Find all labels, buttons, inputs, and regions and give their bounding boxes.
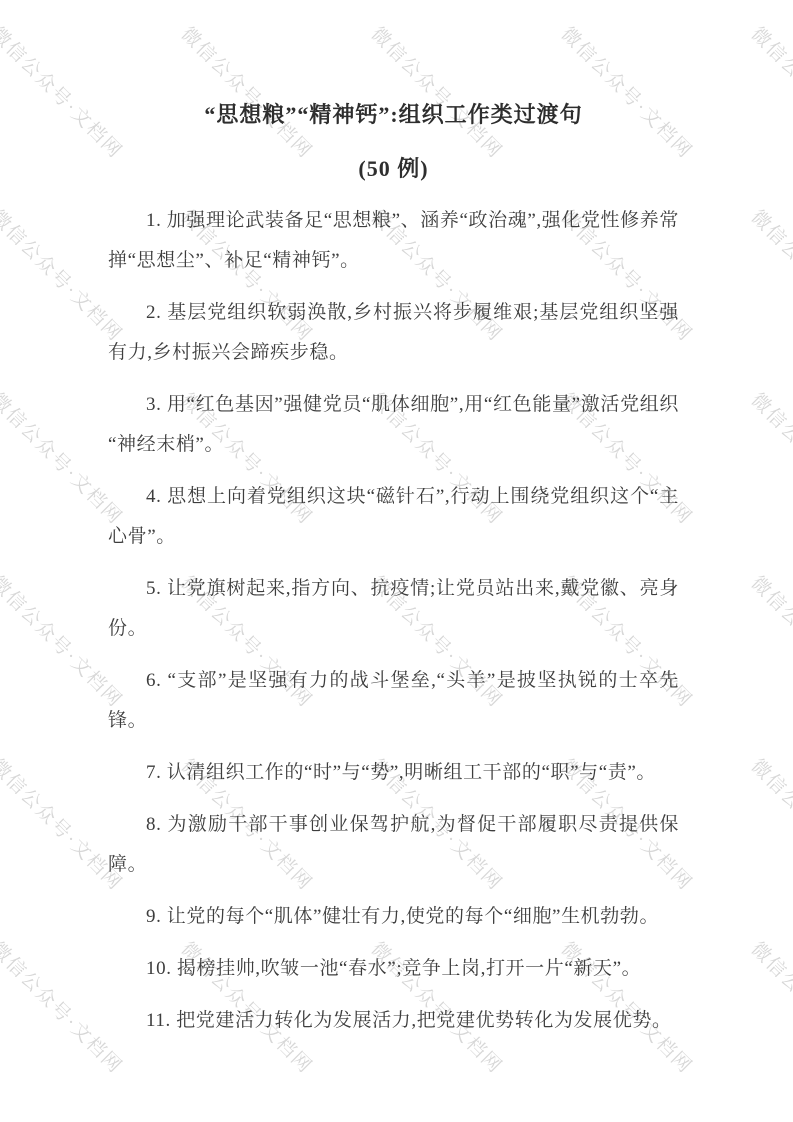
document-page: 微信公众号·文档网微信公众号·文档网微信公众号·文档网微信公众号·文档网微信公众… [0, 0, 793, 1122]
list-item: 3. 用“红色基因”强健党员“肌体细胞”,用“红色能量”激活党组织“神经末梢”。 [108, 385, 679, 465]
list-item: 9. 让党的每个“肌体”健壮有力,使党的每个“细胞”生机勃勃。 [108, 897, 679, 937]
list-item: 4. 思想上向着党组织这块“磁针石”,行动上围绕党组织这个“主心骨”。 [108, 477, 679, 557]
list-item: 2. 基层党组织软弱涣散,乡村振兴将步履维艰;基层党组织坚强有力,乡村振兴会蹄疾… [108, 293, 679, 373]
list-item: 5. 让党旗树起来,指方向、抗疫情;让党员站出来,戴党徽、亮身份。 [108, 569, 679, 649]
document-subtitle: (50 例) [108, 149, 679, 189]
list-item: 11. 把党建活力转化为发展活力,把党建优势转化为发展优势。 [108, 1001, 679, 1041]
list-item: 10. 揭榜挂帅,吹皱一池“春水”;竞争上岗,打开一片“新天”。 [108, 949, 679, 989]
list-item: 8. 为激励干部干事创业保驾护航,为督促干部履职尽责提供保障。 [108, 805, 679, 885]
list-item: 1. 加强理论武装备足“思想粮”、涵养“政治魂”,强化党性修养常掸“思想尘”、补… [108, 201, 679, 281]
document-content: “思想粮”“精神钙”:组织工作类过渡句 (50 例) 1. 加强理论武装备足“思… [0, 0, 793, 1122]
list-item: 7. 认清组织工作的“时”与“势”,明晰组工干部的“职”与“责”。 [108, 753, 679, 793]
list-item: 6. “支部”是坚强有力的战斗堡垒,“头羊”是披坚执锐的士卒先锋。 [108, 661, 679, 741]
document-title: “思想粮”“精神钙”:组织工作类过渡句 [108, 95, 679, 135]
